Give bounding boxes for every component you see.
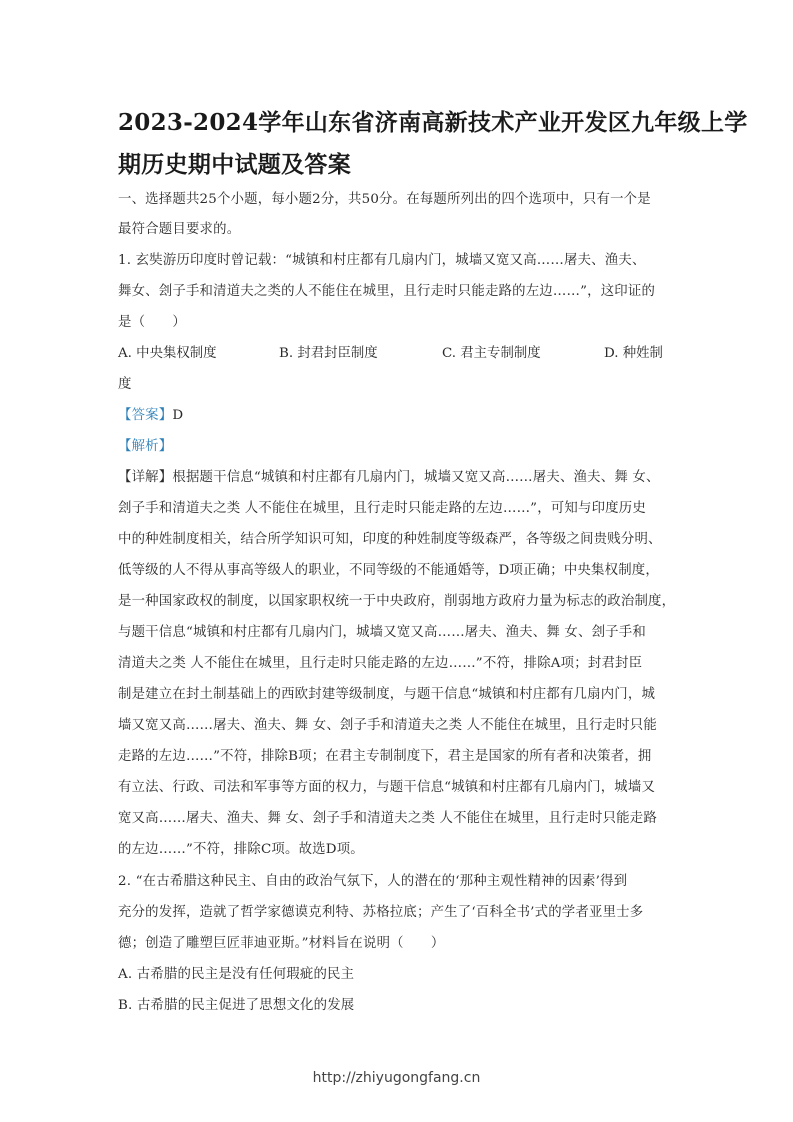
question-2-stem-line: 德；创造了雕塑巨匠菲迪亚斯。”材料旨在说明（ ）	[118, 932, 445, 951]
detail-line: 与题干信息“城镇和村庄都有几扇内门，城墙又宽又高……屠夫、渔夫、舞 女、刽子手和	[118, 621, 646, 640]
detail-line: 宽又高……屠夫、渔夫、舞 女、刽子手和清道夫之类 人不能住在城里，且行走时只能走…	[118, 807, 657, 826]
detail-line: 墙又宽又高……屠夫、渔夫、舞 女、刽子手和清道夫之类 人不能住在城里，且行走时只…	[118, 714, 657, 733]
answer-value: D	[172, 408, 183, 423]
detail-text: 根据题干信息“城镇和村庄都有几扇内门，城墙又宽又高……屠夫、渔夫、舞 女、	[172, 470, 659, 485]
question-2-stem-line: 2. “在古希腊这种民主、自由的政治气氛下，人的潜在的‘那种主观性精神的因素’得…	[118, 870, 627, 889]
question-1-stem-line: 1. 玄奘游历印度时曾记载：“城镇和村庄都有几扇内门，城墙又宽又高……屠夫、渔夫…	[118, 249, 646, 268]
detail-line: 清道夫之类 人不能住在城里，且行走时只能走路的左边……”不符，排除A项；封君封臣	[118, 652, 642, 671]
question-1-stem-line: 舞女、刽子手和清道夫之类的人不能住在城里，且行走时只能走路的左边……”，这印证的	[118, 280, 655, 299]
detail-tag: 【详解】	[118, 470, 172, 485]
detail-line: 刽子手和清道夫之类 人不能住在城里，且行走时只能走路的左边……”，可知与印度历史	[118, 497, 646, 516]
option-d: D. 种姓制	[604, 342, 663, 361]
detail-line: 低等级的人不得从事高等级人的职业，不同等级的不能通婚等，D项正确；中央集权制度，	[118, 559, 659, 578]
question-2-stem-line: 充分的发挥，造就了哲学家德谟克利特、苏格拉底；产生了‘百科全书’式的学者亚里士多	[118, 901, 643, 920]
detail-line: 是一种国家政权的制度，以国家职权统一于中央政府，削弱地方政府力量为标志的政治制度…	[118, 590, 675, 609]
answer-line: 【答案】D	[118, 404, 183, 423]
detail-line: 走路的左边……”不符，排除B项；在君主专制制度下，君主是国家的所有者和决策者，拥	[118, 745, 652, 764]
option-c: C. 君主专制制度	[442, 342, 541, 361]
footer-url[interactable]: http://zhiyugongfang.cn	[0, 1070, 793, 1086]
detail-line: 的左边……”不符，排除C项。故选D项。	[118, 838, 364, 857]
analysis-line: 【解析】	[118, 435, 172, 454]
option-d-wrap: 度	[118, 373, 132, 392]
answer-tag: 【答案】	[118, 408, 172, 423]
question-1-stem-line: 是（ ）	[118, 311, 186, 330]
detail-line: 【详解】根据题干信息“城镇和村庄都有几扇内门，城墙又宽又高……屠夫、渔夫、舞 女…	[118, 466, 660, 485]
detail-line: 中的种姓制度相关，结合所学知识可知，印度的种姓制度等级森严，各等级之间贵贱分明、	[118, 528, 662, 547]
question-2-option-a: A. 古希腊的民主是没有任何瑕疵的民主	[118, 963, 354, 982]
document-title-line1: 2023-2024学年山东省济南高新技术产业开发区九年级上学	[118, 104, 748, 137]
option-b: B. 封君封臣制度	[279, 342, 378, 361]
detail-line: 制是建立在封土制基础上的西欧封建等级制度，与题干信息“城镇和村庄都有几扇内门，城	[118, 683, 655, 702]
option-a: A. 中央集权制度	[118, 342, 217, 361]
section-intro-line: 一、选择题共25个小题，每小题2分，共50分。在每题所列出的四个选项中，只有一个…	[118, 188, 651, 207]
document-title-line2: 期历史期中试题及答案	[118, 146, 351, 179]
section-intro-line: 最符合题目要求的。	[118, 218, 240, 237]
detail-line: 有立法、行政、司法和军事等方面的权力，与题干信息“城镇和村庄都有几扇内门，城墙又	[118, 776, 655, 795]
analysis-tag: 【解析】	[118, 439, 172, 454]
question-2-option-b: B. 古希腊的民主促进了思想文化的发展	[118, 994, 354, 1013]
